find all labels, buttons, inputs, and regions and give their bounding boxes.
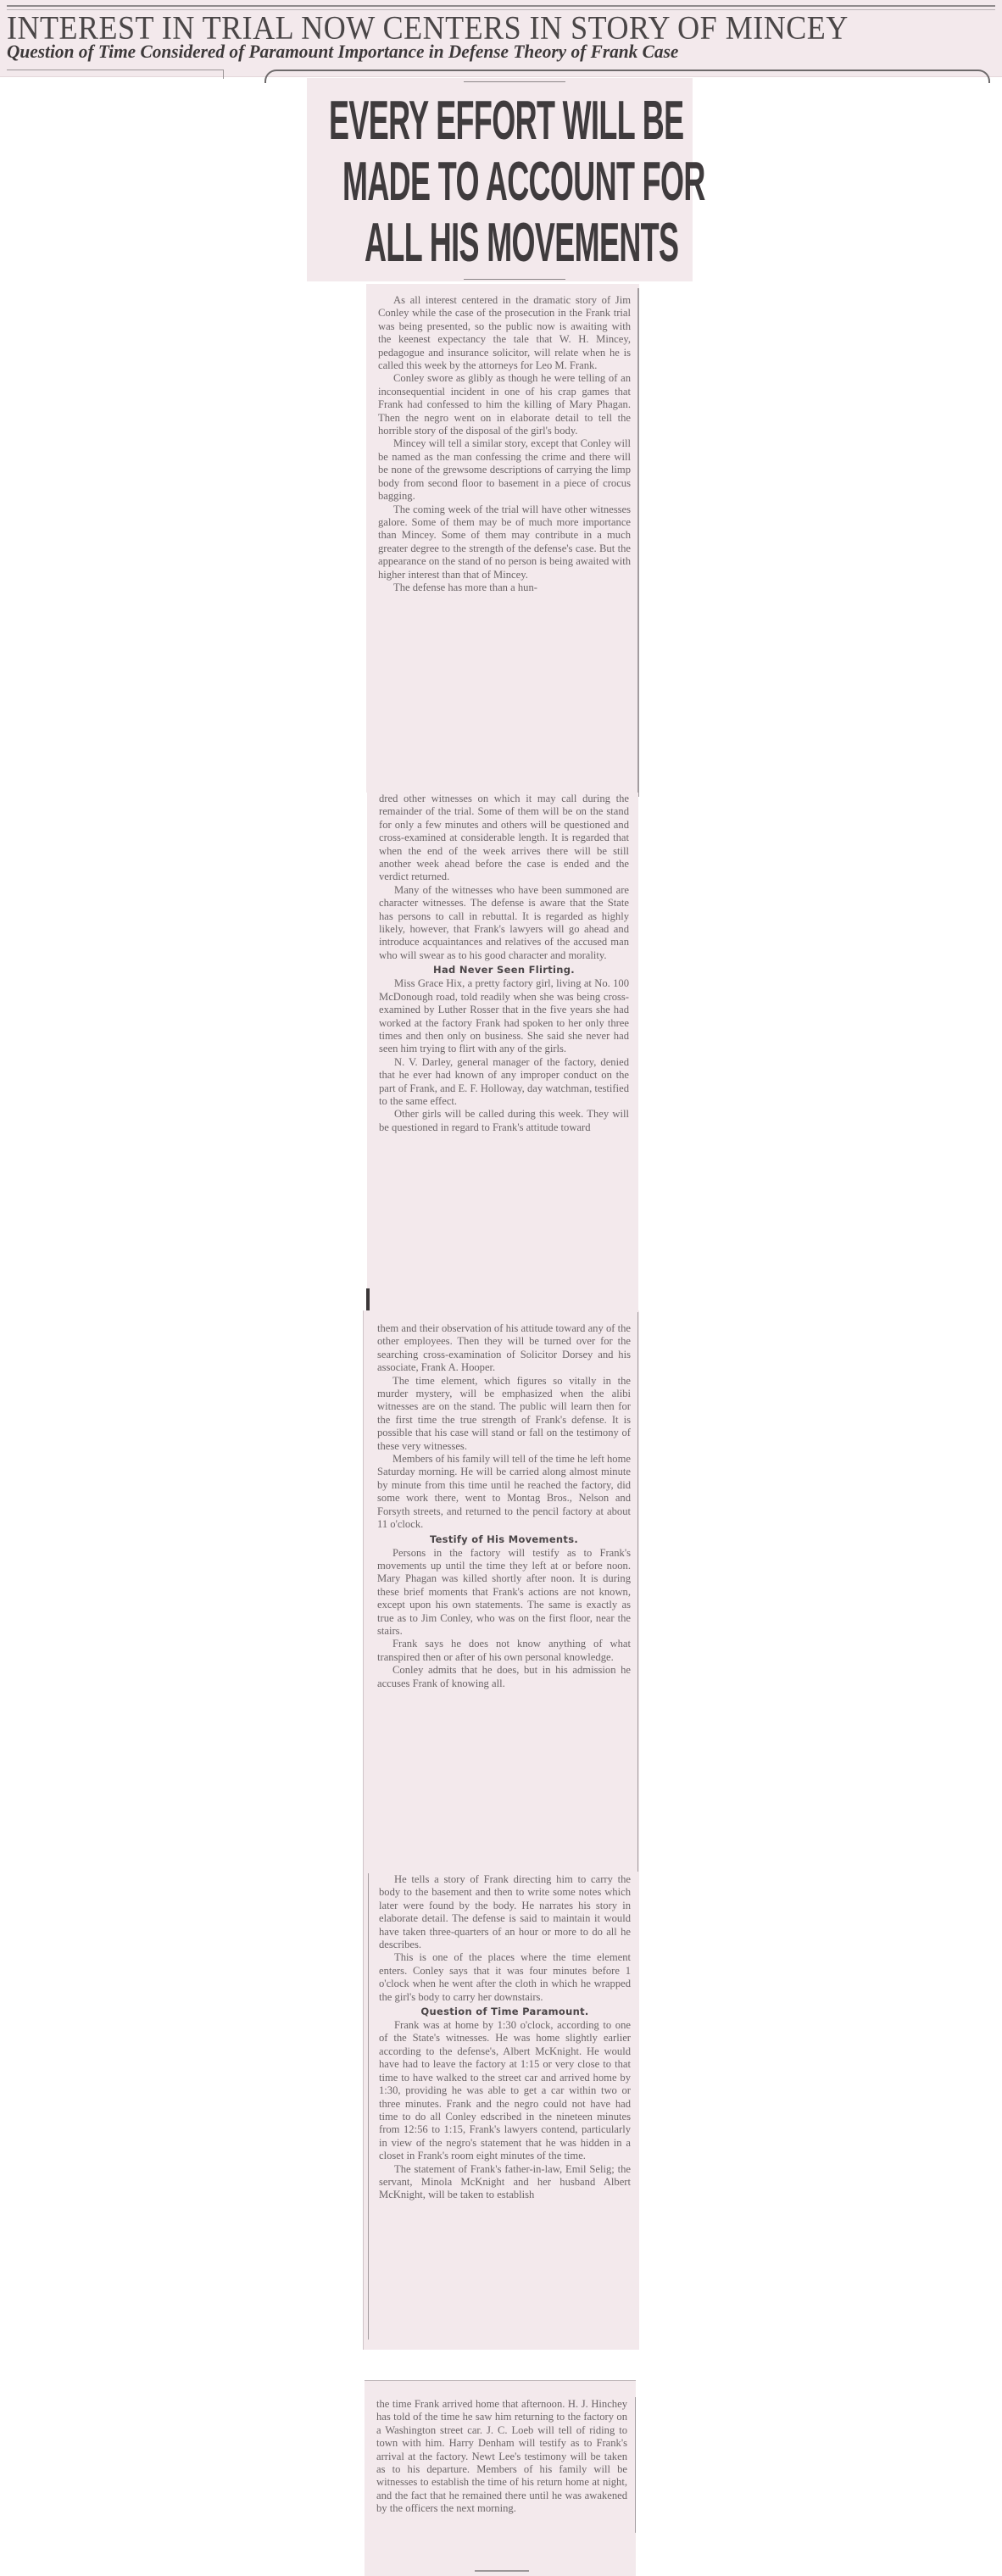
article-paragraph: As all interest centered in the dramatic…	[378, 294, 631, 372]
article-paragraph: them and their observation of his attitu…	[377, 1322, 631, 1375]
article-paragraph: Many of the witnesses who have been summ…	[379, 884, 629, 962]
article-paragraph: Conley admits that he does, but in his a…	[377, 1664, 631, 1690]
article-paragraph: The statement of Frank's father-in-law, …	[379, 2163, 631, 2202]
article-paragraph: Mincey will tell a similar story, except…	[378, 437, 631, 503]
article-paragraph: The time element, which figures so vital…	[377, 1375, 631, 1453]
column-edge-line	[635, 2397, 636, 2533]
article-paragraph: The defense has more than a hun-	[378, 581, 631, 594]
article-paragraph: the time Frank arrived home that afterno…	[376, 2398, 627, 2516]
article-paragraph: He tells a story of Frank directing him …	[379, 1873, 631, 1951]
deck-headline: EVERY EFFORT WILL BE MADE TO ACCOUNT FOR…	[307, 78, 693, 281]
article-subhead: Question of Time Paramount.	[379, 2005, 631, 2018]
article-column-segment-2: dred other witnesses on which it may cal…	[367, 793, 638, 1311]
article-paragraph: dred other witnesses on which it may cal…	[379, 793, 629, 884]
article-column-segment-4: He tells a story of Frank directing him …	[363, 1872, 639, 2350]
deck-rule-top	[464, 81, 565, 82]
article-paragraph: Conley swore as glibly as though he were…	[378, 372, 631, 437]
article-paragraph: Other girls will be called during this w…	[379, 1108, 629, 1134]
column-edge-line	[368, 1873, 369, 2340]
article-paragraph: Frank was at home by 1:30 o'clock, accor…	[379, 2019, 631, 2162]
masthead-rule	[7, 5, 995, 7]
article-subhead: Had Never Seen Flirting.	[379, 963, 629, 976]
article-paragraph: Persons in the factory will testify as t…	[377, 1547, 631, 1639]
deck-line-1: EVERY EFFORT WILL BE	[329, 93, 683, 148]
article-paragraph: Frank says he does not know anything of …	[377, 1638, 631, 1664]
column-edge-line	[637, 1312, 638, 1872]
column-edge-mark	[366, 1288, 370, 1310]
deck-line-2: MADE TO ACCOUNT FOR	[342, 154, 705, 209]
article-paragraph: Miss Grace Hix, a pretty factory girl, l…	[379, 977, 629, 1055]
article-column-segment-3: them and their observation of his attitu…	[363, 1310, 639, 1872]
adjacent-column-border	[7, 70, 224, 79]
article-paragraph: This is one of the places where the time…	[379, 1951, 631, 2004]
masthead: INTEREST IN TRIAL NOW CENTERS IN STORY O…	[0, 0, 1002, 77]
article-column-segment-5: the time Frank arrived home that afterno…	[365, 2380, 636, 2576]
end-rule	[475, 2570, 529, 2572]
banner-subheadline: Question of Time Considered of Paramount…	[7, 41, 678, 63]
article-paragraph: Members of his family will tell of the t…	[377, 1453, 631, 1531]
article-column-segment-1: As all interest centered in the dramatic…	[366, 284, 639, 793]
article-paragraph: The coming week of the trial will have o…	[378, 504, 631, 581]
article-subhead: Testify of His Movements.	[377, 1533, 631, 1546]
column-edge-line	[637, 288, 639, 797]
deck-line-3: ALL HIS MOVEMENTS	[365, 215, 678, 270]
article-paragraph: N. V. Darley, general manager of the fac…	[379, 1056, 629, 1109]
deck-rule-bottom	[464, 279, 565, 280]
